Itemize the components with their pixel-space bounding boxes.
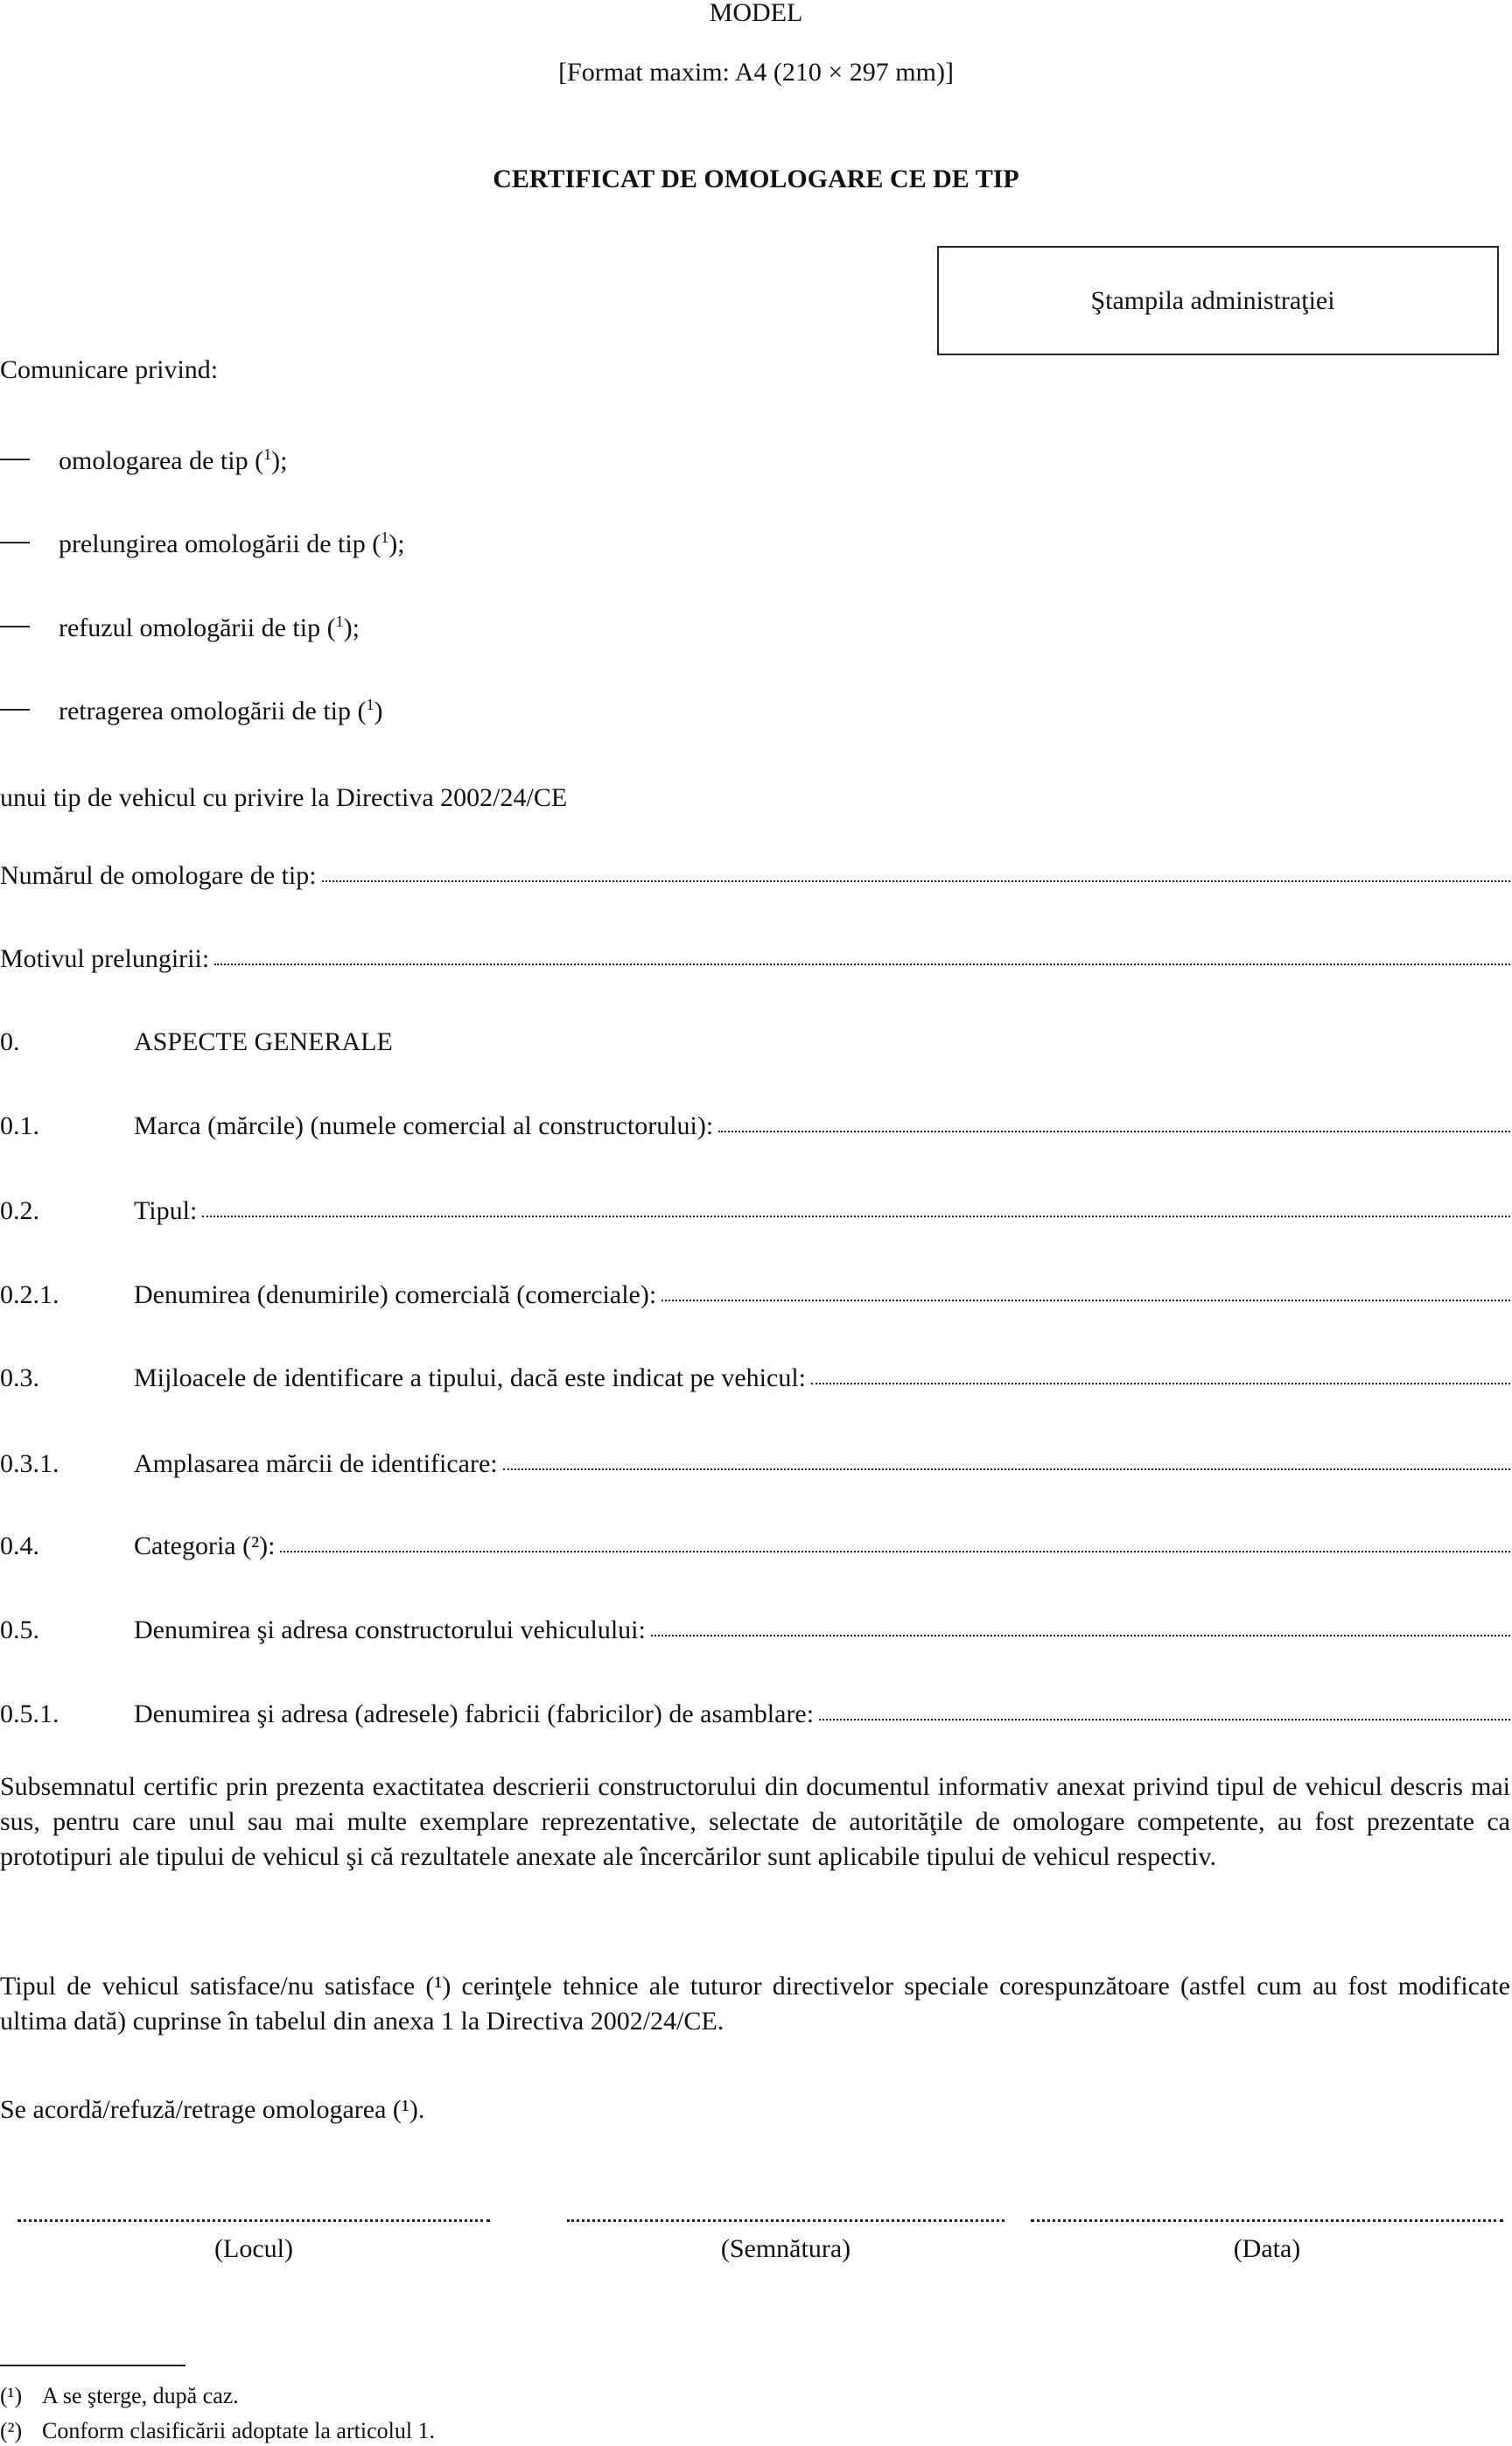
field-0-1[interactable]: 0.1. Marca (mărcile) (numele comercial a… <box>0 1113 1510 1139</box>
fill-line[interactable] <box>214 964 1510 965</box>
fill-line[interactable] <box>811 1383 1510 1384</box>
field-label: Mijloacele de identificare a tipului, da… <box>134 1365 806 1391</box>
field-label: Amplasarea mărcii de identificare: <box>134 1451 498 1477</box>
option-withdrawal[interactable]: retragerea omologării de tip (1) <box>59 697 383 725</box>
fill-line[interactable] <box>280 1551 1510 1552</box>
model-label: MODEL <box>0 0 1512 26</box>
dash-bullet-icon <box>0 459 30 460</box>
compliance-paragraph: Tipul de vehicul satisface/nu satisface … <box>0 1969 1510 2039</box>
field-label: Denumirea (denumirile) comercială (comer… <box>134 1282 656 1308</box>
field-0-4[interactable]: 0.4. Categoria (²): <box>0 1533 1510 1559</box>
fill-line[interactable] <box>567 2219 1004 2222</box>
fill-line[interactable] <box>661 1300 1510 1301</box>
field-0-3[interactable]: 0.3. Mijloacele de identificare a tipulu… <box>0 1365 1510 1391</box>
field-label: Denumirea şi adresa constructorului vehi… <box>134 1617 646 1644</box>
field-extension-reason[interactable]: Motivul prelungirii: <box>0 946 1510 972</box>
fill-line[interactable] <box>202 1216 1510 1217</box>
signature-sign[interactable]: (Semnătura) <box>549 2219 1022 2264</box>
certification-paragraph: Subsemnatul certific prin prezenta exact… <box>0 1770 1510 1875</box>
signature-date[interactable]: (Data) <box>1022 2219 1512 2264</box>
fill-line[interactable] <box>322 880 1510 882</box>
footnote-1: (¹)A se şterge, după caz. <box>0 2385 239 2407</box>
communication-intro: Comunicare privind: <box>0 357 218 383</box>
dash-bullet-icon <box>0 709 30 711</box>
option-extension[interactable]: prelungirea omologării de tip (1); <box>59 529 405 557</box>
page-title: CERTIFICAT DE OMOLOGARE CE DE TIP <box>0 166 1512 193</box>
field-0-3-1[interactable]: 0.3.1. Amplasarea mărcii de identificare… <box>0 1451 1510 1477</box>
dash-bullet-icon <box>0 626 30 627</box>
field-0-5[interactable]: 0.5. Denumirea şi adresa constructorului… <box>0 1617 1510 1644</box>
format-note: [Format maxim: A4 (210 × 297 mm)] <box>0 60 1512 86</box>
field-label: Marca (mărcile) (numele comercial al con… <box>134 1113 713 1139</box>
fill-line[interactable] <box>1031 2219 1503 2222</box>
administration-stamp-box: Ştampila administraţiei <box>937 246 1499 355</box>
decision-statement: Se acordă/refuză/retrage omologarea (¹). <box>0 2097 424 2123</box>
option-refusal[interactable]: refuzul omologării de tip (1); <box>59 613 360 641</box>
field-label: Motivul prelungirii: <box>0 946 209 972</box>
section-title: ASPECTE GENERALE <box>134 1029 393 1055</box>
fill-line[interactable] <box>503 1468 1510 1470</box>
signature-place[interactable]: (Locul) <box>17 2219 490 2264</box>
field-approval-number[interactable]: Numărul de omologare de tip: <box>0 863 1510 889</box>
fill-line[interactable] <box>819 1719 1510 1721</box>
stamp-label: Ştampila administraţiei <box>1090 286 1334 316</box>
field-0-2-1[interactable]: 0.2.1. Denumirea (denumirile) comercială… <box>0 1282 1510 1308</box>
option-type-approval[interactable]: omologarea de tip (1); <box>59 446 287 474</box>
communication-subject: unui tip de vehicul cu privire la Direct… <box>0 785 567 811</box>
field-0-2[interactable]: 0.2. Tipul: <box>0 1198 1510 1224</box>
field-0-5-1[interactable]: 0.5.1. Denumirea şi adresa (adresele) fa… <box>0 1701 1510 1728</box>
footnote-divider <box>0 2365 185 2366</box>
footnote-2: (²)Conform clasificării adoptate la arti… <box>0 2420 435 2442</box>
fill-line[interactable] <box>651 1635 1510 1637</box>
field-label: Categoria (²): <box>134 1533 275 1559</box>
field-label: Numărul de omologare de tip: <box>0 863 317 889</box>
fill-line[interactable] <box>718 1131 1510 1132</box>
dash-bullet-icon <box>0 542 30 543</box>
field-label: Tipul: <box>134 1198 197 1224</box>
section-heading: 0. ASPECTE GENERALE <box>0 1029 1510 1055</box>
fill-line[interactable] <box>17 2219 490 2222</box>
section-number: 0. <box>0 1029 134 1055</box>
field-label: Denumirea şi adresa (adresele) fabricii … <box>134 1701 814 1728</box>
